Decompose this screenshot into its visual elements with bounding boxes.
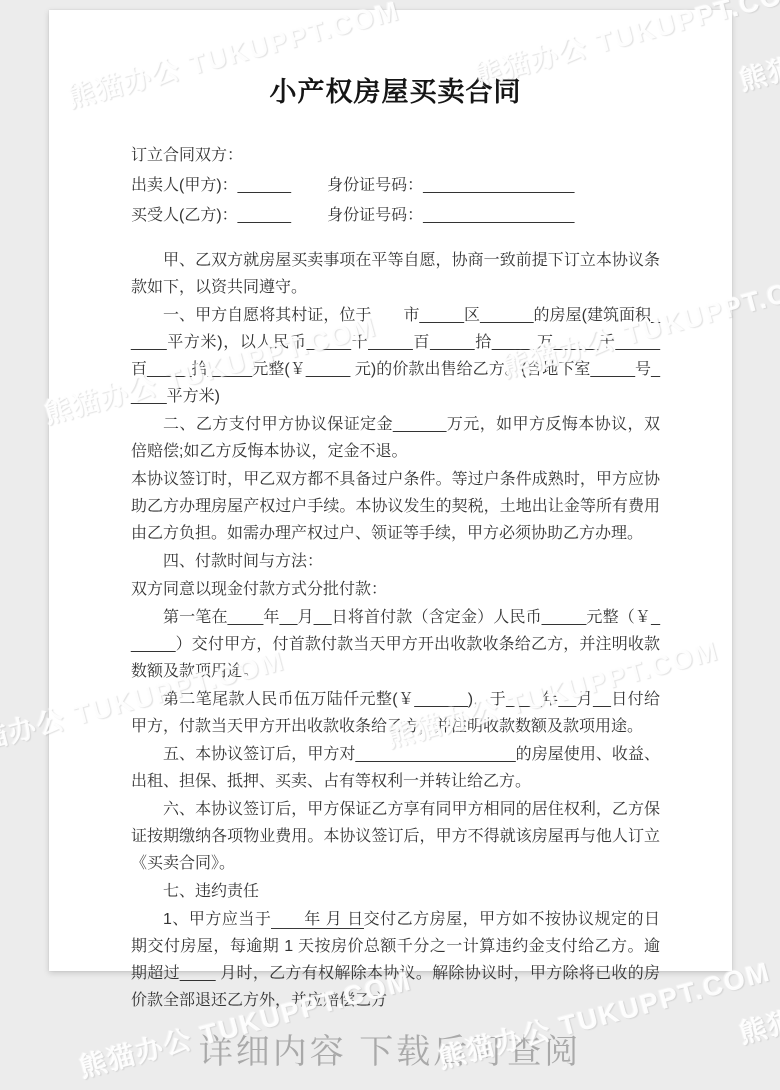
id-number-blank: _________________ [423,207,574,224]
parties-list: 出卖人(甲方)：______身份证号码：_________________买受人… [131,171,660,231]
party-line: 出卖人(甲方)：______身份证号码：_________________ [131,171,660,201]
contract-paragraph: 1、甲方应当于 年 月 日交付乙方房屋，甲方如不按协议规定的日期交付房屋，每逾期… [131,906,660,1014]
contract-paragraph: 七、违约责任 [131,878,660,905]
contract-paragraph: 本协议签订时，甲乙双方都不具备过户条件。等过户条件成熟时，甲方应协助乙方办理房屋… [131,466,660,547]
parties-section: 订立合同双方： 出卖人(甲方)：______身份证号码：____________… [131,141,660,231]
paragraph-text: 1、甲方应当于 [163,911,271,928]
contract-paragraph: 二、乙方支付甲方协议保证定金______万元，如甲方反悔本协议，双倍赔偿;如乙方… [131,411,660,465]
contract-paragraph: 四、付款时间与方法： [131,548,660,575]
contract-paragraph: 一、甲方自愿将其村证，位于 市_____区______的房屋(建筑面积_____… [131,302,660,410]
party-label: 出卖人(甲方)： [131,177,238,194]
parties-heading: 订立合同双方： [131,141,660,171]
watermark-text: 熊猫办公 TUKUPPT.COM [735,0,780,98]
download-hint-text: 详细内容 下载后可查阅 [0,1024,780,1073]
contract-paragraph: 第一笔在____年__月__日将首付款（含定金）人民币_____元整（￥____… [131,604,660,685]
contract-paragraph: 双方同意以现金付款方式分批付款： [131,576,660,603]
contract-document: 小产权房屋买卖合同 订立合同双方： 出卖人(甲方)：______身份证号码：__… [49,10,732,971]
party-name-blank: ______ [238,207,291,224]
date-blank-underline: 年 月 日 [271,911,363,929]
id-number-blank: _________________ [423,177,574,194]
contract-body: 甲、乙双方就房屋买卖事项在平等自愿，协商一致前提下订立本协议条款如下，以资共同遵… [131,247,660,1014]
party-label: 买受人(乙方)： [131,207,238,224]
party-name-blank: ______ [238,177,291,194]
contract-title: 小产权房屋买卖合同 [131,70,660,109]
party-line: 买受人(乙方)：______身份证号码：_________________ [131,201,660,231]
contract-paragraph: 甲、乙双方就房屋买卖事项在平等自愿，协商一致前提下订立本协议条款如下，以资共同遵… [131,247,660,301]
contract-paragraph: 六、本协议签订后，甲方保证乙方享有同甲方相同的居住权利，乙方保证按期缴纳各项物业… [131,796,660,877]
id-number-label: 身份证号码： [327,177,423,194]
id-number-label: 身份证号码： [327,207,423,224]
contract-paragraph: 第二笔尾款人民币伍万陆仟元整(￥______)，于____年__月__日付给甲方… [131,686,660,740]
contract-paragraph: 五、本协议签订后，甲方对__________________的房屋使用、收益、出… [131,741,660,795]
preview-background: 小产权房屋买卖合同 订立合同双方： 出卖人(甲方)：______身份证号码：__… [0,0,780,1090]
